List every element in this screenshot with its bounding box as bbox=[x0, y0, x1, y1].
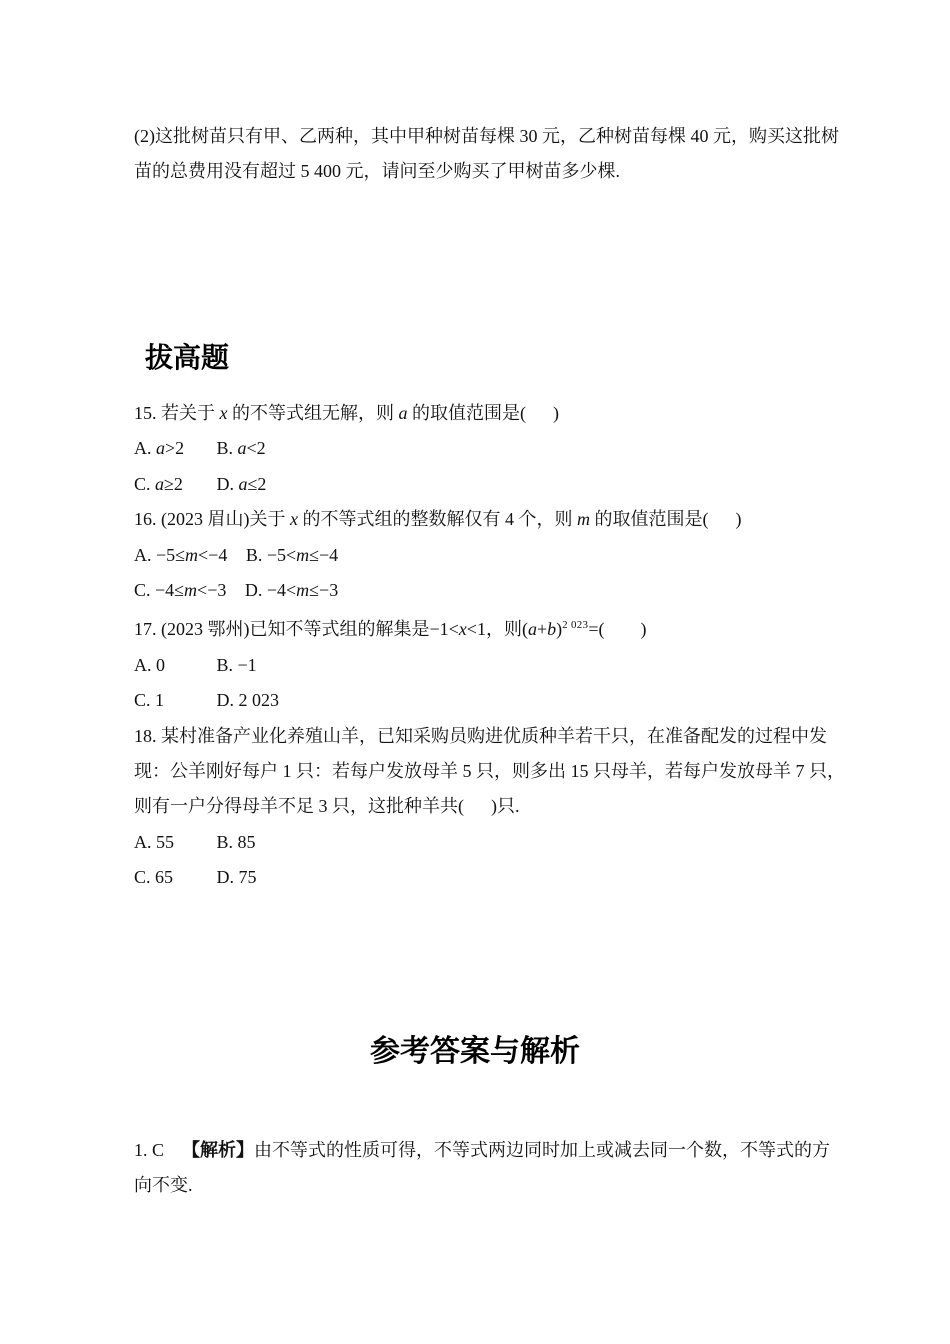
question-18-option-d: D. 75 bbox=[217, 860, 257, 895]
question-18-option-a: A. 55 bbox=[134, 825, 198, 860]
questions-block: 15. 若关于 x 的不等式组无解，则 a 的取值范围是( ) A. a>2 B… bbox=[134, 396, 820, 896]
question-18-stem-line-2: 现：公羊刚好每户 1 只：若每户发放母羊 5 只，则多出 15 只母羊，若每户发… bbox=[134, 754, 820, 789]
question-18-options-cd: C. 65 D. 75 bbox=[134, 860, 820, 895]
answers-heading: 参考答案与解析 bbox=[0, 1028, 950, 1076]
question-15-options-ab: A. a>2 B. a<2 bbox=[134, 431, 820, 466]
problem-2-line-2: 苗的总费用没有超过 5 400 元，请问至少购买了甲树苗多少棵. bbox=[134, 154, 820, 189]
question-16-option-a: A. −5≤m<−4 bbox=[134, 538, 227, 573]
question-15-option-b: B. a<2 bbox=[217, 431, 266, 466]
section-heading-bagaoti: 拔高题 bbox=[145, 340, 229, 376]
question-17-option-b: B. −1 bbox=[217, 648, 257, 683]
question-16-option-c: C. −4≤m<−3 bbox=[134, 573, 226, 608]
answer-1-line-1: 1. C 【解析】由不等式的性质可得，不等式两边同时加上或减去同一个数，不等式的… bbox=[134, 1133, 820, 1168]
question-17-options-ab: A. 0 B. −1 bbox=[134, 648, 820, 683]
question-17-option-d: D. 2 023 bbox=[217, 683, 280, 718]
question-16-option-b: B. −5<m≤−4 bbox=[246, 538, 338, 573]
question-15-option-a: A. a>2 bbox=[134, 431, 198, 466]
question-15-options-cd: C. a≥2 D. a≤2 bbox=[134, 467, 820, 502]
question-15-option-d: D. a≤2 bbox=[217, 467, 267, 502]
answers-block: 1. C 【解析】由不等式的性质可得，不等式两边同时加上或减去同一个数，不等式的… bbox=[134, 1133, 820, 1204]
answer-1-line-2: 向不变. bbox=[134, 1168, 820, 1203]
worksheet-page: (2)这批树苗只有甲、乙两种，其中甲种树苗每棵 30 元，乙种树苗每棵 40 元… bbox=[0, 0, 950, 1344]
question-16-options-ab: A. −5≤m<−4 B. −5<m≤−4 bbox=[134, 538, 820, 573]
question-18-option-b: B. 85 bbox=[217, 825, 256, 860]
question-18-stem-line-1: 18. 某村准备产业化养殖山羊，已知采购员购进优质种羊若干只，在准备配发的过程中… bbox=[134, 719, 820, 754]
question-16-option-d: D. −4<m≤−3 bbox=[245, 573, 338, 608]
question-15-option-c: C. a≥2 bbox=[134, 467, 198, 502]
question-17-options-cd: C. 1 D. 2 023 bbox=[134, 683, 820, 718]
problem-2-paragraph: (2)这批树苗只有甲、乙两种，其中甲种树苗每棵 30 元，乙种树苗每棵 40 元… bbox=[134, 119, 820, 190]
question-16-stem: 16. (2023 眉山)关于 x 的不等式组的整数解仅有 4 个，则 m 的取… bbox=[134, 502, 820, 537]
question-17-option-c: C. 1 bbox=[134, 683, 198, 718]
question-18-stem-line-3: 则有一户分得母羊不足 3 只，这批种羊共( )只. bbox=[134, 789, 820, 824]
question-17-stem: 17. (2023 鄂州)已知不等式组的解集是−1<x<1，则(a+b)2 02… bbox=[134, 608, 820, 647]
question-17-option-a: A. 0 bbox=[134, 648, 198, 683]
problem-2-line-1: (2)这批树苗只有甲、乙两种，其中甲种树苗每棵 30 元，乙种树苗每棵 40 元… bbox=[134, 119, 820, 154]
question-15-stem: 15. 若关于 x 的不等式组无解，则 a 的取值范围是( ) bbox=[134, 396, 820, 431]
question-18-options-ab: A. 55 B. 85 bbox=[134, 825, 820, 860]
question-16-options-cd: C. −4≤m<−3 D. −4<m≤−3 bbox=[134, 573, 820, 608]
question-18-option-c: C. 65 bbox=[134, 860, 198, 895]
